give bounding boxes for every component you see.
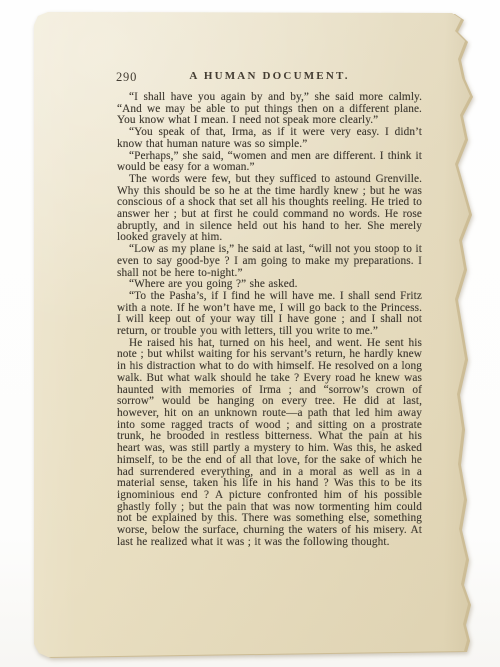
paragraph: “You speak of that, Irma, as if it were … bbox=[117, 127, 422, 150]
paragraph: “I shall have you again by and by,” she … bbox=[117, 92, 422, 127]
paragraph: The words were few, but they sufficed to… bbox=[117, 174, 422, 244]
paragraph: “To the Pasha’s, if I find he will have … bbox=[117, 291, 422, 338]
running-title: A HUMAN DOCUMENT. bbox=[117, 70, 422, 82]
page-body: “I shall have you again by and by,” she … bbox=[117, 92, 422, 548]
running-header: 290 A HUMAN DOCUMENT. bbox=[117, 70, 422, 84]
page-content: 290 A HUMAN DOCUMENT. “I shall have you … bbox=[117, 70, 422, 548]
scan-backdrop: 290 A HUMAN DOCUMENT. “I shall have you … bbox=[0, 0, 500, 667]
book-page: 290 A HUMAN DOCUMENT. “I shall have you … bbox=[34, 12, 470, 657]
page-number: 290 bbox=[116, 70, 137, 85]
paragraph: “Low as my plane is,” he said at last, “… bbox=[117, 244, 422, 279]
book-page-container: 290 A HUMAN DOCUMENT. “I shall have you … bbox=[0, 0, 500, 667]
paragraph: He raised his hat, turned on his heel, a… bbox=[117, 338, 422, 549]
paragraph: “Perhaps,” she said, “women and men are … bbox=[117, 151, 422, 174]
